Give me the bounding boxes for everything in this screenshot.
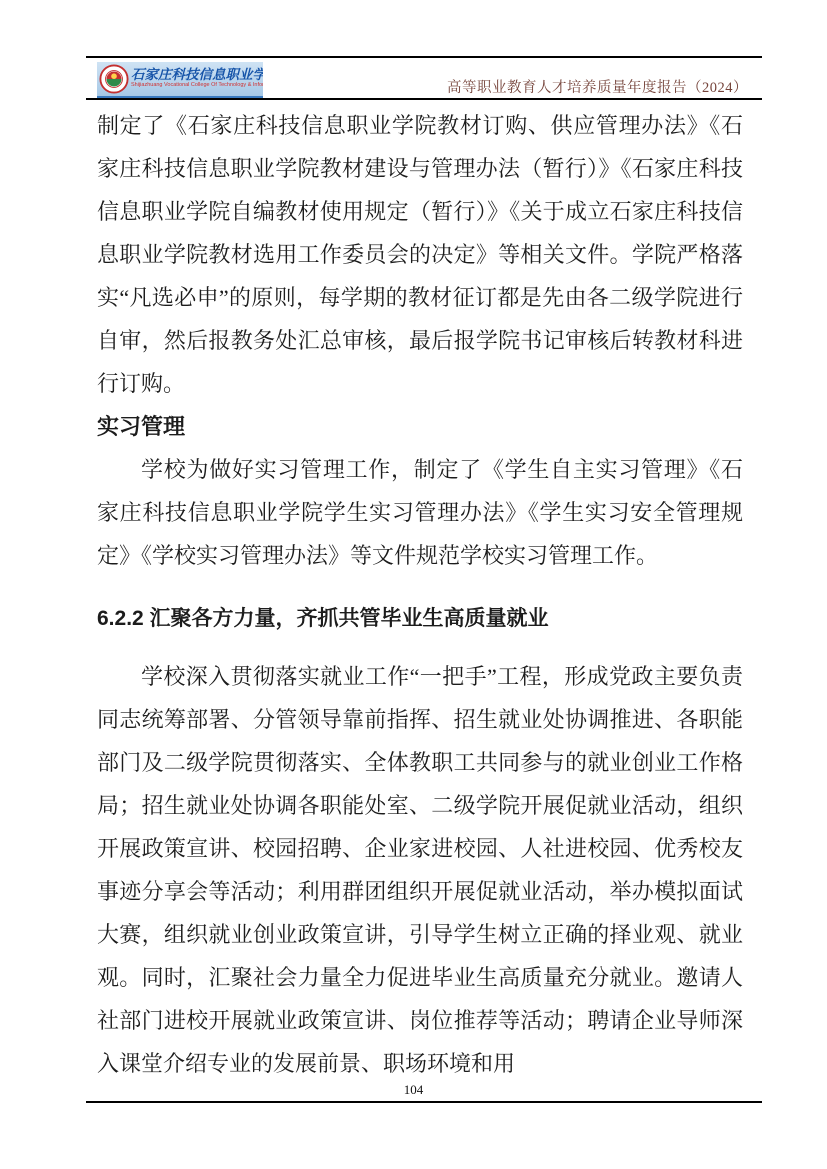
footer-rule <box>86 1101 762 1103</box>
college-emblem-icon <box>99 64 129 94</box>
paragraph-textbook-policies: 制定了《石家庄科技信息职业学院教材订购、供应管理办法》《石家庄科技信息职业学院教… <box>97 104 743 405</box>
paragraph-internship-management: 学校为做好实习管理工作，制定了《学生自主实习管理》《石家庄科技信息职业学院学生实… <box>97 448 743 577</box>
heading-internship-management: 实习管理 <box>97 405 743 448</box>
header-bottom-rule <box>86 98 762 100</box>
header-top-rule <box>86 56 762 58</box>
college-name-english: Shijiazhuang Vocational College Of Techn… <box>131 82 204 88</box>
college-logo: 石家庄科技信息职业学院 Shijiazhuang Vocational Coll… <box>97 62 263 98</box>
paragraph-employment-work: 学校深入贯彻落实就业工作“一把手”工程，形成党政主要负责同志统筹部署、分管领导靠… <box>97 655 743 1085</box>
report-title: 高等职业教育人才培养质量年度报告（2024） <box>447 76 748 97</box>
page-number: 104 <box>0 1082 827 1098</box>
document-body: 制定了《石家庄科技信息职业学院教材订购、供应管理办法》《石家庄科技信息职业学院教… <box>97 104 743 1085</box>
heading-section-6-2-2: 6.2.2 汇聚各方力量，齐抓共管毕业生高质量就业 <box>97 601 743 637</box>
college-name: 石家庄科技信息职业学院 <box>131 67 263 82</box>
college-logo-text: 石家庄科技信息职业学院 Shijiazhuang Vocational Coll… <box>131 67 263 92</box>
report-page: 石家庄科技信息职业学院 Shijiazhuang Vocational Coll… <box>0 0 827 1169</box>
